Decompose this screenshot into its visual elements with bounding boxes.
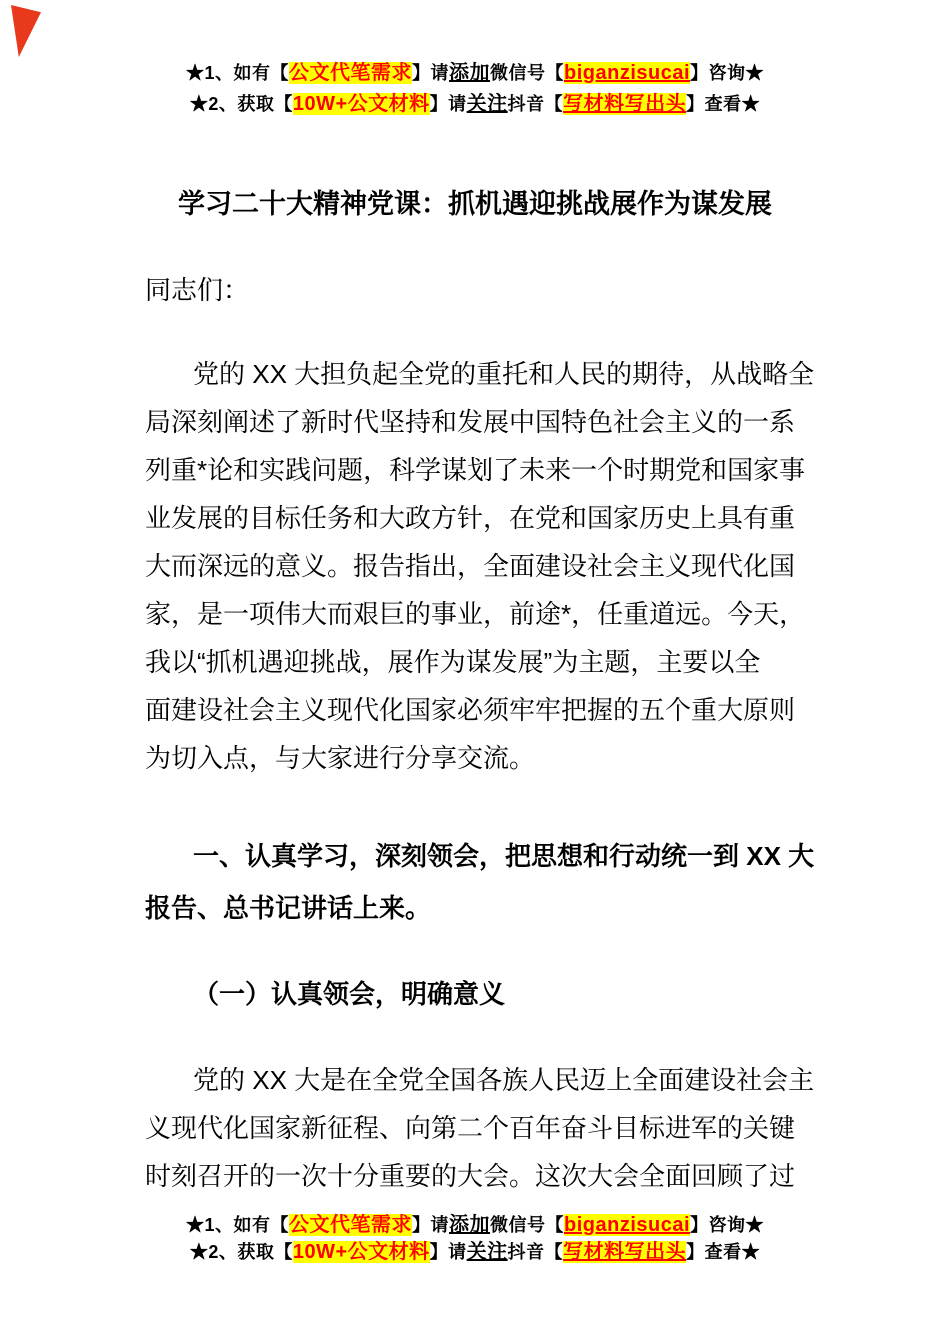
promo-footer-line-1: ★1、如有【公文代笔需求】请添加微信号【biganzisucai】咨询★ [0, 1212, 950, 1239]
text-line: 党的 XX 大是在全党全国各族人民迈上全面建设社会主 [145, 1056, 807, 1104]
promo-u-text: 添加 [449, 1214, 490, 1236]
promo-hl-u-text: 写材料写出头 [563, 1241, 686, 1263]
text-line: 报告、总书记讲话上来。 [145, 882, 807, 934]
promo-text: 微信号【 [490, 1215, 564, 1235]
salutation: 同志们： [145, 266, 950, 314]
text-line: 为切入点，与大家进行分享交流。 [145, 734, 807, 782]
promo-u-text: 添加 [449, 62, 490, 84]
promo-header: ★1、如有【公文代笔需求】请添加微信号【biganzisucai】咨询★ ★2、… [0, 0, 950, 120]
document-title: 学习二十大精神党课：抓机遇迎挑战展作为谋发展 [0, 186, 950, 222]
promo-text: 】请 [430, 1242, 467, 1262]
promo-text: 】请 [412, 1215, 449, 1235]
promo-text: 】咨询★ [690, 63, 764, 83]
heading2-heading: （一）认真领会，明确意义 [145, 968, 807, 1020]
promo-header-line-1: ★1、如有【公文代笔需求】请添加微信号【biganzisucai】咨询★ [0, 58, 950, 89]
document-page: ★1、如有【公文代笔需求】请添加微信号【biganzisucai】咨询★ ★2、… [0, 0, 950, 1344]
promo-hl-text: 10W+公文材料 [293, 1241, 430, 1263]
promo-text: 】请 [430, 94, 467, 114]
promo-header-line-2: ★2、获取【10W+公文材料】请关注抖音【写材料写出头】查看★ [0, 89, 950, 120]
promo-text: 】请 [412, 63, 449, 83]
text-line: 我以“抓机遇迎挑战，展作为谋发展”为主题，主要以全 [145, 638, 807, 686]
promo-footer: ★1、如有【公文代笔需求】请添加微信号【biganzisucai】咨询★ ★2、… [0, 1212, 950, 1266]
text-line: 列重*论和实践问题，科学谋划了未来一个时期党和国家事 [145, 446, 807, 494]
text-line: 家，是一项伟大而艰巨的事业，前途*，任重道远。今天， [145, 590, 807, 638]
promo-hl-text: 10W+公文材料 [293, 93, 430, 115]
promo-text: 】咨询★ [690, 1215, 764, 1235]
promo-text: ★1、如有【 [186, 1215, 289, 1235]
promo-hl-u-text: 写材料写出头 [563, 93, 686, 115]
promo-text: 微信号【 [490, 63, 564, 83]
text-line: 义现代化国家新征程、向第二个百年奋斗目标进军的关键 [145, 1104, 807, 1152]
promo-hl-text: 公文代笔需求 [289, 62, 412, 84]
promo-text: 抖音【 [508, 1242, 564, 1262]
promo-hl-u-text: biganzisucai [564, 62, 690, 84]
promo-text: 抖音【 [508, 94, 564, 114]
promo-hl-u-text: biganzisucai [564, 1214, 690, 1236]
text-line: （一）认真领会，明确意义 [145, 968, 807, 1020]
promo-text: 】查看★ [686, 1242, 760, 1262]
promo-text: ★1、如有【 [186, 63, 289, 83]
promo-text: ★2、获取【 [190, 1242, 293, 1262]
text-line: 业发展的目标任务和大政方针，在党和国家历史上具有重 [145, 494, 807, 542]
heading1-heading: 一、认真学习，深刻领会，把思想和行动统一到 XX 大报告、总书记讲话上来。 [145, 830, 807, 934]
text-line: 一、认真学习，深刻领会，把思想和行动统一到 XX 大 [145, 830, 807, 882]
paragraph: 党的 XX 大担负起全党的重托和人民的期待，从战略全局深刻阐述了新时代坚持和发展… [145, 350, 807, 782]
promo-text: ★2、获取【 [190, 94, 293, 114]
promo-u-text: 关注 [467, 93, 508, 115]
promo-footer-line-2: ★2、获取【10W+公文材料】请关注抖音【写材料写出头】查看★ [0, 1239, 950, 1266]
text-line: 时刻召开的一次十分重要的大会。这次大会全面回顾了过 [145, 1152, 807, 1200]
paragraph: 党的 XX 大是在全党全国各族人民迈上全面建设社会主义现代化国家新征程、向第二个… [145, 1056, 807, 1200]
text-line: 党的 XX 大担负起全党的重托和人民的期待，从战略全 [145, 350, 807, 398]
text-line: 局深刻阐述了新时代坚持和发展中国特色社会主义的一系 [145, 398, 807, 446]
document-body: 党的 XX 大担负起全党的重托和人民的期待，从战略全局深刻阐述了新时代坚持和发展… [145, 350, 807, 1200]
text-line: 面建设社会主义现代化国家必须牢牢把握的五个重大原则 [145, 686, 807, 734]
text-line: 大而深远的意义。报告指出，全面建设社会主义现代化国 [145, 542, 807, 590]
promo-hl-text: 公文代笔需求 [289, 1214, 412, 1236]
promo-text: 】查看★ [686, 94, 760, 114]
promo-u-text: 关注 [467, 1241, 508, 1263]
